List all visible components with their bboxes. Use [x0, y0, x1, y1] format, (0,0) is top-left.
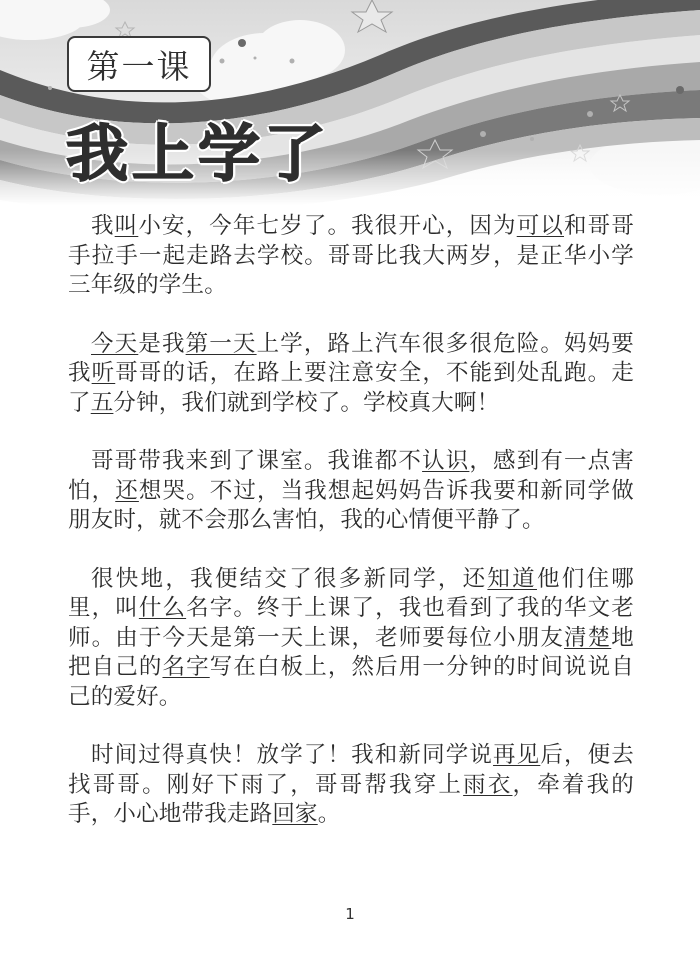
- lesson-number-badge: 第一课: [67, 36, 211, 92]
- lesson-body: 我叫小安，今年七岁了。我很开心，因为可以和哥哥手拉手一起走路去学校。哥哥比我大两…: [68, 212, 634, 859]
- text-segment: 很快地，我便结交了很多新同学，还: [91, 566, 487, 592]
- text-segment: 哥哥带我来到了课室。我谁都不: [91, 448, 422, 474]
- underlined-word: 五: [91, 390, 114, 416]
- paragraph-1: 我叫小安，今年七岁了。我很开心，因为可以和哥哥手拉手一起走路去学校。哥哥比我大两…: [68, 212, 634, 301]
- paragraph-2: 今天是我第一天上学，路上汽车很多很危险。妈妈要我听哥哥的话，在路上要注意安全，不…: [68, 330, 634, 419]
- lesson-title: 我上学了: [66, 104, 330, 193]
- lesson-number-label: 第一课: [87, 41, 192, 88]
- text-segment: 时间过得真快！放学了！我和新同学说: [91, 742, 493, 768]
- underlined-word: 认识: [422, 448, 469, 474]
- underlined-word: 名字: [162, 654, 209, 680]
- text-segment: 是我: [138, 331, 185, 357]
- text-segment: 想哭。不过，当我想起妈妈告诉我要和新同学做朋友时，就不会那么害怕，我的心情便平静…: [68, 478, 634, 534]
- paragraph-4: 很快地，我便结交了很多新同学，还知道他们住哪里，叫什么名字。终于上课了，我也看到…: [68, 565, 634, 713]
- underlined-word: 什么: [139, 595, 186, 621]
- text-segment: 我: [91, 213, 115, 239]
- page-number: 1: [0, 905, 700, 923]
- underlined-word: 清楚: [564, 625, 611, 651]
- underlined-word: 回家: [272, 801, 317, 827]
- paragraph-5: 时间过得真快！放学了！我和新同学说再见后，便去找哥哥。刚好下雨了，哥哥帮我穿上雨…: [68, 741, 634, 830]
- underlined-word: 今天: [91, 331, 138, 357]
- underlined-word: 雨衣: [463, 772, 512, 798]
- underlined-word: 知道: [487, 566, 537, 592]
- underlined-word: 听: [92, 360, 116, 386]
- underlined-word: 可以: [517, 213, 564, 239]
- paragraph-3: 哥哥带我来到了课室。我谁都不认识，感到有一点害怕，还想哭。不过，当我想起妈妈告诉…: [68, 447, 634, 536]
- text-segment: 小安，今年七岁了。我很开心，因为: [138, 213, 516, 239]
- text-segment: 分钟，我们就到学校了。学校真大啊！: [113, 390, 499, 416]
- underlined-word: 第一天: [186, 331, 257, 357]
- underlined-word: 还: [115, 478, 139, 504]
- underlined-word: 叫: [115, 213, 139, 239]
- text-segment: 。: [318, 801, 341, 827]
- underlined-word: 再见: [493, 742, 540, 768]
